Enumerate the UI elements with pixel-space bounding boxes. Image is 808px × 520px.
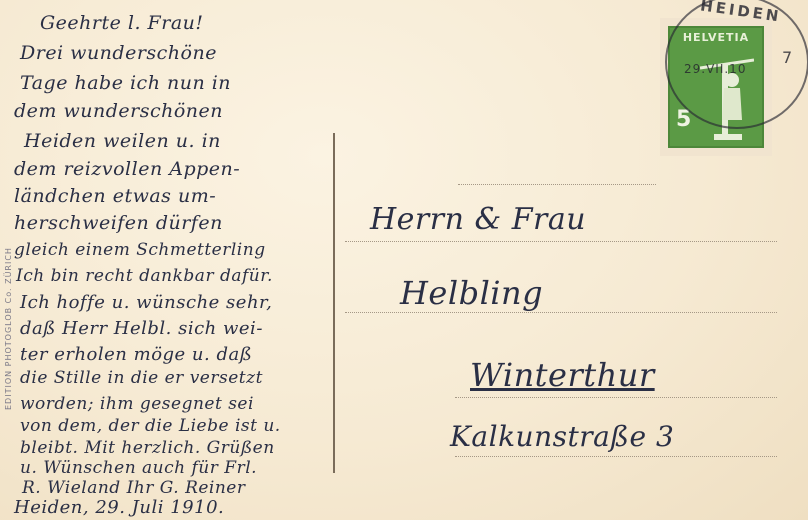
message-line: bleibt. Mit herzlich. Grüßen: [20, 438, 275, 458]
message-line: Ich hoffe u. wünsche sehr,: [20, 292, 272, 313]
message-line: Ich bin recht dankbar dafür.: [16, 266, 273, 286]
postcard: Geehrte l. Frau! Drei wunderschöne Tage …: [0, 0, 808, 520]
postmark-number: 7: [782, 48, 792, 67]
message-line: gleich einem Schmetterling: [14, 240, 266, 260]
address-salutation: Herrn & Frau: [370, 202, 586, 237]
message-line: herschweifen dürfen: [14, 212, 223, 234]
message-line: ter erholen möge u. daß: [20, 344, 252, 365]
center-divider: [333, 133, 335, 473]
message-line: ländchen etwas um-: [14, 185, 216, 207]
message-line: dem reizvollen Appen-: [14, 158, 240, 180]
postmark-date: 29.VII.10: [684, 62, 746, 76]
address-rule: [458, 184, 656, 185]
message-line: die Stille in die er versetzt: [20, 368, 263, 388]
address-name: Helbling: [400, 274, 543, 312]
message-line: Geehrte l. Frau!: [40, 12, 204, 34]
publisher-imprint: EDITION PHOTOGLOB Co. ZÜRICH: [4, 247, 13, 410]
address-rule: [455, 397, 777, 398]
address-rule: [345, 312, 777, 313]
place-date-line: Heiden, 29. Juli 1910.: [14, 497, 224, 518]
message-line: Heiden weilen u. in: [24, 130, 221, 152]
message-line: Drei wunderschöne: [20, 42, 217, 64]
message-line: dem wunderschönen: [14, 100, 223, 122]
message-line: u. Wünschen auch für Frl.: [20, 458, 257, 478]
address-rule: [345, 241, 777, 242]
signature-line: R. Wieland Ihr G. Reiner: [22, 478, 246, 498]
message-line: worden; ihm gesegnet sei: [20, 394, 254, 414]
message-line: daß Herr Helbl. sich wei-: [20, 318, 263, 339]
address-city: Winterthur: [470, 356, 655, 394]
address-street: Kalkunstraße 3: [450, 420, 674, 453]
message-line: von dem, der die Liebe ist u.: [20, 416, 281, 436]
address-rule: [455, 456, 777, 457]
message-line: Tage habe ich nun in: [20, 72, 231, 94]
